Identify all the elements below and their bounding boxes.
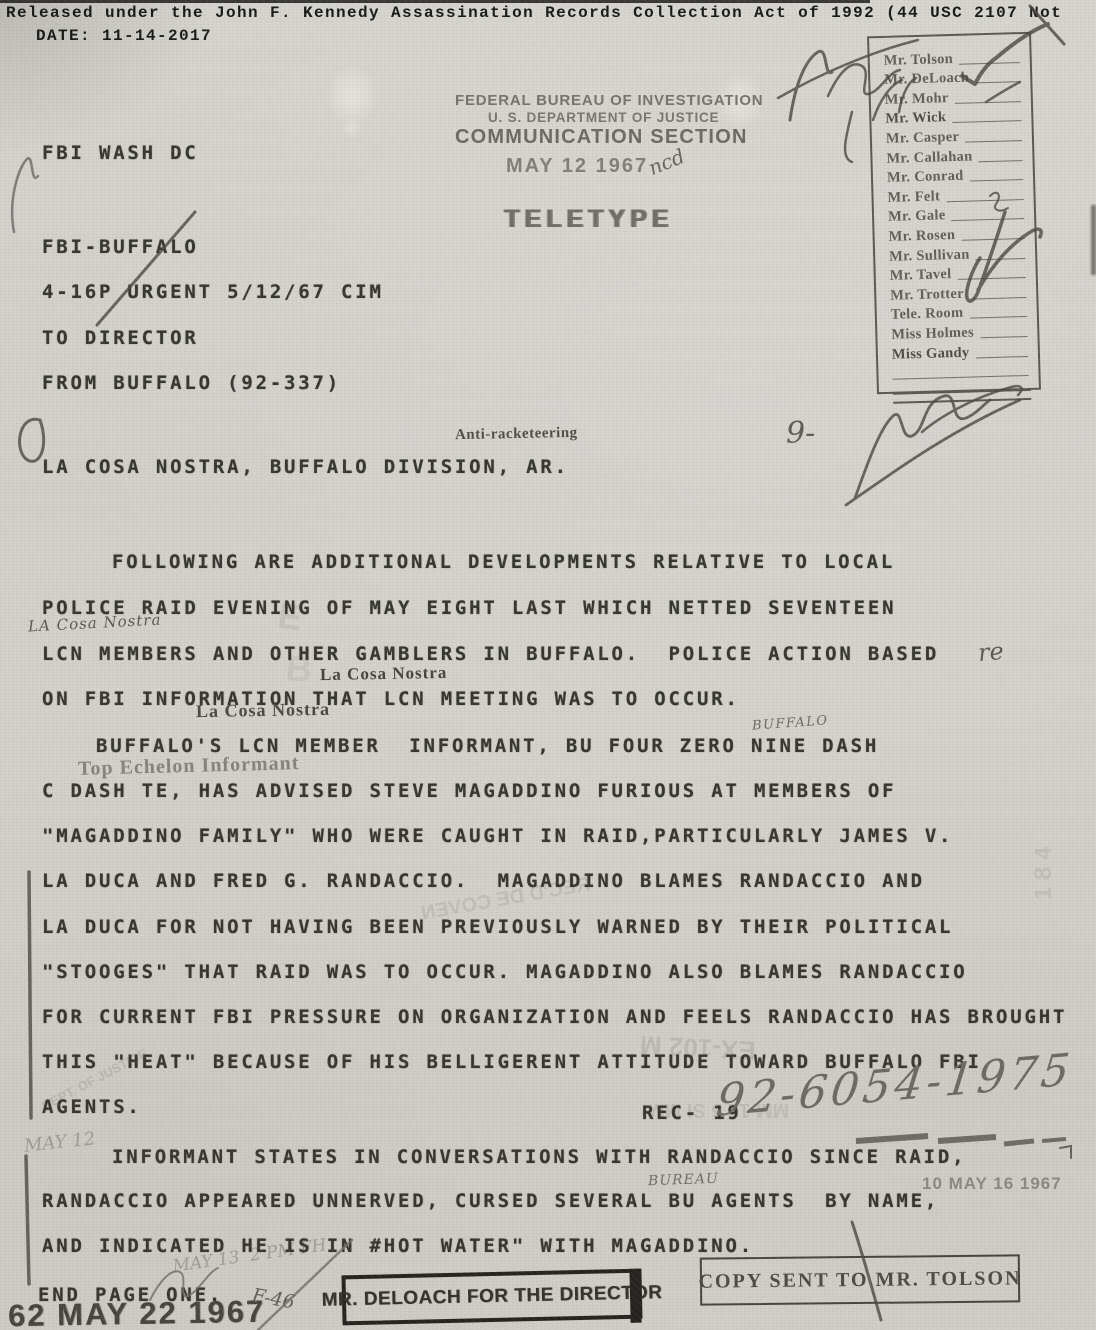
fbi-stamp-line2: U. S. DEPARTMENT OF JUSTICE (488, 110, 719, 125)
telex-to: TO DIRECTOR (42, 327, 199, 349)
routing-entry-blank (892, 359, 1030, 382)
body-line: LA DUCA AND FRED G. RANDACCIO. MAGADDINO… (42, 870, 925, 892)
pen-circle (20, 419, 44, 461)
body-line: AND INDICATED HE IS IN #HOT WATER" WITH … (42, 1235, 754, 1257)
tolson-stamp-box: COPY SENT TO MR. TOLSON (700, 1254, 1020, 1305)
handwritten-bureau: BUREAU (648, 1171, 719, 1189)
handwritten-ncd: ncd (645, 144, 688, 180)
body-line: AGENTS. (42, 1096, 142, 1118)
body-line: "STOOGES" THAT RAID WAS TO OCCUR. MAGADD… (42, 961, 968, 983)
pen-scribble (12, 158, 38, 232)
deloach-stamp-text: MR. DELOACH FOR THE DIRECTOR (321, 1282, 662, 1312)
body-line: C DASH TE, HAS ADVISED STEVE MAGADDINO F… (42, 780, 896, 802)
pen-slash (97, 212, 195, 325)
fbi-stamp-line1: FEDERAL BUREAU OF INVESTIGATION (455, 92, 763, 109)
fbi-stamp-line3: COMMUNICATION SECTION (455, 126, 748, 149)
body-line: POLICE RAID EVENING OF MAY EIGHT LAST WH… (42, 597, 896, 619)
teletype-stamp: TELETYPE (504, 205, 673, 234)
body-line: LCN MEMBERS AND OTHER GAMBLERS IN BUFFAL… (42, 643, 939, 665)
marker-dashes (856, 1136, 1066, 1144)
scan-edge-top (0, 0, 870, 3)
pen-tick (1060, 1146, 1071, 1158)
handwritten-la-cosa-nostra: La Cosa Nostra (320, 663, 448, 685)
body-line: INFORMANT STATES IN CONVERSATIONS WITH R… (112, 1146, 966, 1168)
bleedthrough-mark: 1 8 4 (1030, 847, 1058, 900)
handwritten-top-echelon: Top Echelon Informant (78, 752, 300, 781)
document-page: Released under the John F. Kennedy Assas… (0, 0, 1096, 1330)
received-date-stamp: 10 MAY 16 1967 (922, 1174, 1062, 1194)
pen-signature (846, 400, 1020, 505)
tolson-stamp-text: COPY SENT TO MR. TOLSON (698, 1267, 1021, 1293)
punch-hole-left-tail (341, 116, 361, 138)
release-date: DATE: 11-14-2017 (36, 27, 212, 45)
telex-origin: FBI-BUFFALO (42, 236, 199, 258)
handwritten-re: re (977, 637, 1005, 667)
pen-signature (855, 396, 990, 498)
routing-slip-footer (893, 389, 1031, 404)
bottom-date-stamp: 62 MAY 22 1967 (8, 1294, 266, 1330)
body-line: RANDACCIO APPEARED UNNERVED, CURSED SEVE… (42, 1190, 939, 1212)
pen-scribble (845, 112, 852, 162)
handwritten-la-cosa-nostra: La Cosa Nostra (196, 699, 330, 722)
subject-annotation: Anti-racketeering (455, 425, 578, 444)
pen-scribble (790, 51, 832, 120)
stamp-ink-blob (629, 1269, 641, 1323)
pen-margin-line (29, 872, 31, 1118)
body-line: FOR CURRENT FBI PRESSURE ON ORGANIZATION… (42, 1006, 1067, 1028)
routing-slip: Mr. Tolson Mr. DeLoach Mr. Mohr Mr. Wick… (867, 32, 1041, 394)
handwritten-nine-dash: 9- (786, 416, 815, 451)
body-line: "MAGADDINO FAMILY" WHO WERE CAUGHT IN RA… (42, 825, 953, 847)
bleedthrough-may12: MAY 12 (23, 1128, 96, 1156)
body-line: ON FBI INFORMATION THAT LCN MEETING WAS … (42, 688, 740, 710)
handwritten-buffalo: BUFFALO (752, 713, 829, 733)
body-line: FOLLOWING ARE ADDITIONAL DEVELOPMENTS RE… (112, 551, 895, 573)
release-header: Released under the John F. Kennedy Assas… (6, 4, 1062, 22)
fbi-stamp-date: MAY 12 1967 (506, 155, 648, 178)
telex-urgency: 4-16P URGENT 5/12/67 CIM (42, 281, 384, 303)
deloach-stamp-box: MR. DELOACH FOR THE DIRECTOR (341, 1269, 642, 1326)
scan-edge-right (1091, 205, 1096, 275)
pen-margin-line (26, 1156, 29, 1284)
telex-station: FBI WASH DC (42, 142, 199, 164)
telex-from: FROM BUFFALO (92-337) (42, 372, 341, 394)
subject-caption: LA COSA NOSTRA, BUFFALO DIVISION, AR. (42, 456, 569, 478)
body-line: LA DUCA FOR NOT HAVING BEEN PREVIOUSLY W… (42, 916, 953, 938)
